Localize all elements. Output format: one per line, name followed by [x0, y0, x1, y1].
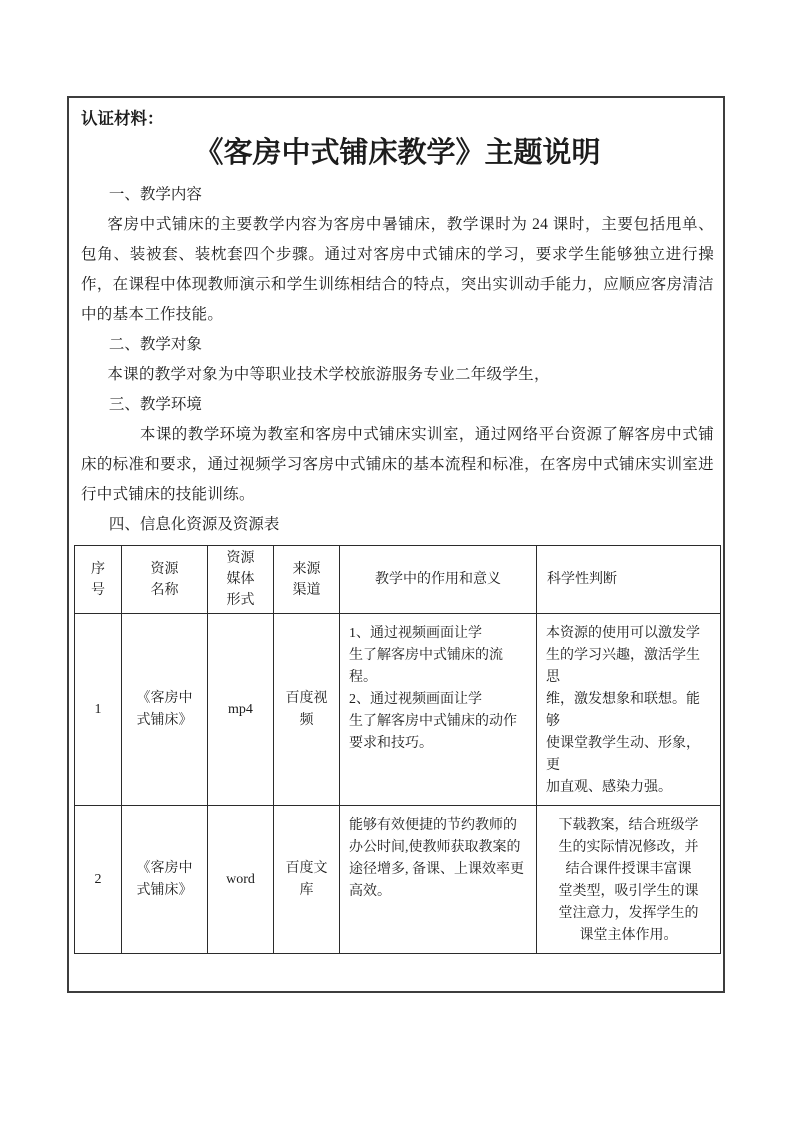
cell-media-format: mp4 — [208, 614, 274, 806]
table-row: 1 《客房中 式铺床》 mp4 百度视 频 1、通过视频画面让学 生了解客房中式… — [75, 614, 721, 806]
section-heading-3: 三、教学环境 — [81, 390, 714, 420]
cell-scientific-judgement: 本资源的使用可以激发学 生的学习兴趣，激活学生思 维，激发想象和联想。能够 使课… — [537, 614, 721, 806]
table-header-row: 序 号 资源 名称 资源 媒体 形式 来源 渠道 教学中的作用和意义 科学性判断 — [75, 546, 721, 614]
section-paragraph-2: 本课的教学对象为中等职业技术学校旅游服务专业二年级学生， — [81, 360, 714, 390]
certification-label: 认证材料： — [81, 108, 714, 130]
cell-resource-name: 《客房中 式铺床》 — [122, 806, 208, 954]
cell-serial-number: 2 — [75, 806, 122, 954]
section-heading-2: 二、教学对象 — [81, 330, 714, 360]
header-source-channel: 来源 渠道 — [274, 546, 340, 614]
header-teaching-role: 教学中的作用和意义 — [340, 546, 537, 614]
resource-table: 序 号 资源 名称 资源 媒体 形式 来源 渠道 教学中的作用和意义 科学性判断… — [74, 545, 721, 954]
header-resource-name: 资源 名称 — [122, 546, 208, 614]
header-media-format: 资源 媒体 形式 — [208, 546, 274, 614]
cell-source-channel: 百度文 库 — [274, 806, 340, 954]
cell-scientific-judgement: 下载教案，结合班级学 生的实际情况修改，并 结合课件授课丰富课 堂类型，吸引学生… — [537, 806, 721, 954]
section-heading-1: 一、教学内容 — [81, 180, 714, 210]
cell-media-format: word — [208, 806, 274, 954]
document-content: 认证材料： 《客房中式铺床教学》主题说明 一、教学内容 客房中式铺床的主要教学内… — [69, 98, 723, 954]
section-paragraph-1: 客房中式铺床的主要教学内容为客房中暑铺床，教学课时为 24 课时，主要包括甩单、… — [81, 210, 714, 330]
document-page-border: 认证材料： 《客房中式铺床教学》主题说明 一、教学内容 客房中式铺床的主要教学内… — [67, 96, 725, 993]
table-row: 2 《客房中 式铺床》 word 百度文 库 能够有效便捷的节约教师的 办公时间… — [75, 806, 721, 954]
section-heading-4: 四、信息化资源及资源表 — [81, 510, 714, 540]
cell-resource-name: 《客房中 式铺床》 — [122, 614, 208, 806]
header-scientific-judgement: 科学性判断 — [537, 546, 721, 614]
document-title: 《客房中式铺床教学》主题说明 — [81, 136, 714, 170]
cell-teaching-role: 1、通过视频画面让学 生了解客房中式铺床的流程。 2、通过视频画面让学 生了解客… — [340, 614, 537, 806]
section-paragraph-3: 本课的教学环境为教室和客房中式铺床实训室，通过网络平台资源了解客房中式铺床的标准… — [81, 420, 714, 510]
cell-serial-number: 1 — [75, 614, 122, 806]
cell-source-channel: 百度视 频 — [274, 614, 340, 806]
header-serial-number: 序 号 — [75, 546, 122, 614]
cell-teaching-role: 能够有效便捷的节约教师的 办公时间,使教师获取教案的 途径增多, 备课、上课效率… — [340, 806, 537, 954]
